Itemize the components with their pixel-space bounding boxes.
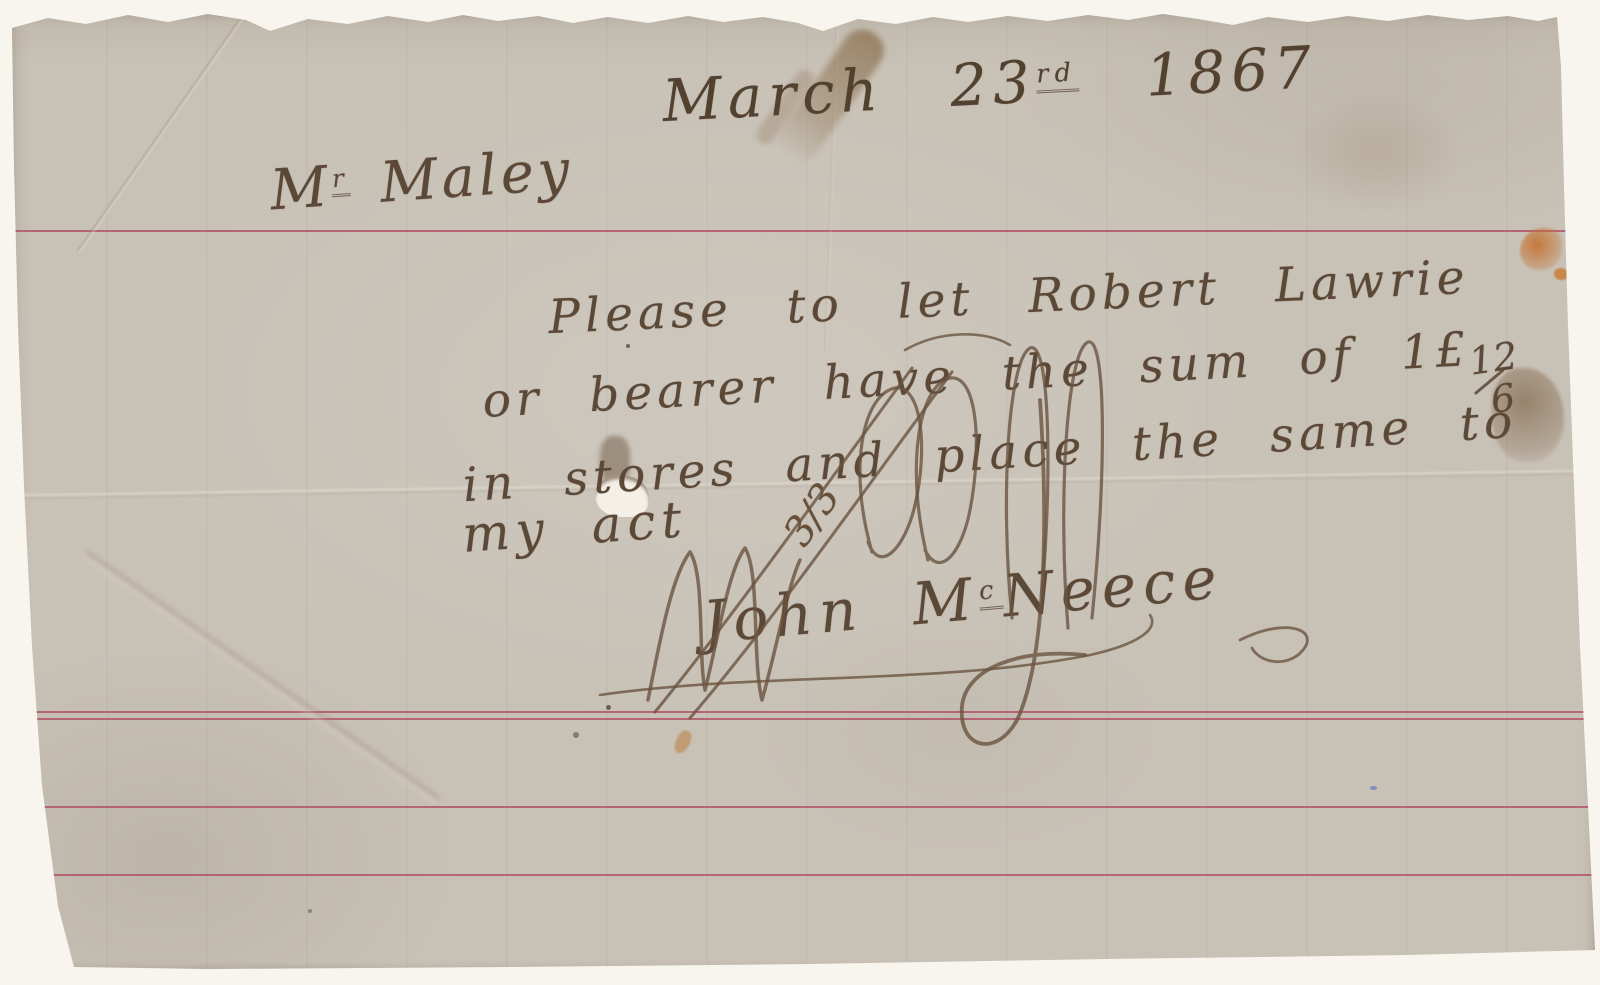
- ink-blot-amount: [1492, 368, 1564, 462]
- ruled-line-double-upper: [8, 711, 1596, 713]
- paper-sheet: [8, 6, 1596, 972]
- rust-fleck: [672, 728, 693, 755]
- speck: [573, 732, 579, 738]
- fold-crease-vertical: [824, 14, 839, 354]
- fold-crease-bottom-left: [83, 550, 440, 804]
- blue-fleck: [1370, 786, 1377, 790]
- faint-stain-top-right: [1290, 95, 1462, 211]
- rust-spot-small: [1554, 268, 1568, 280]
- speck: [606, 705, 611, 710]
- ruled-line-lower-1: [8, 806, 1596, 808]
- paper-damage-shadow: [600, 436, 630, 484]
- fold-crease-top-left: [76, 12, 247, 253]
- ruled-line-lower-2: [8, 874, 1596, 876]
- ruled-line-double-lower: [8, 718, 1596, 720]
- ink-smudge-stain-secondary: [753, 67, 817, 148]
- speck: [308, 909, 312, 913]
- paper-hole: [595, 475, 649, 517]
- ink-smudge-stain: [770, 22, 892, 171]
- speck: [626, 344, 630, 348]
- fold-crease-horizontal: [8, 470, 1596, 500]
- rust-stain-right-edge: [1520, 228, 1562, 270]
- scanned-handwritten-note: March 23rd 1867 MrMaley Please to let Ro…: [0, 0, 1600, 985]
- ruled-line-top: [8, 230, 1596, 232]
